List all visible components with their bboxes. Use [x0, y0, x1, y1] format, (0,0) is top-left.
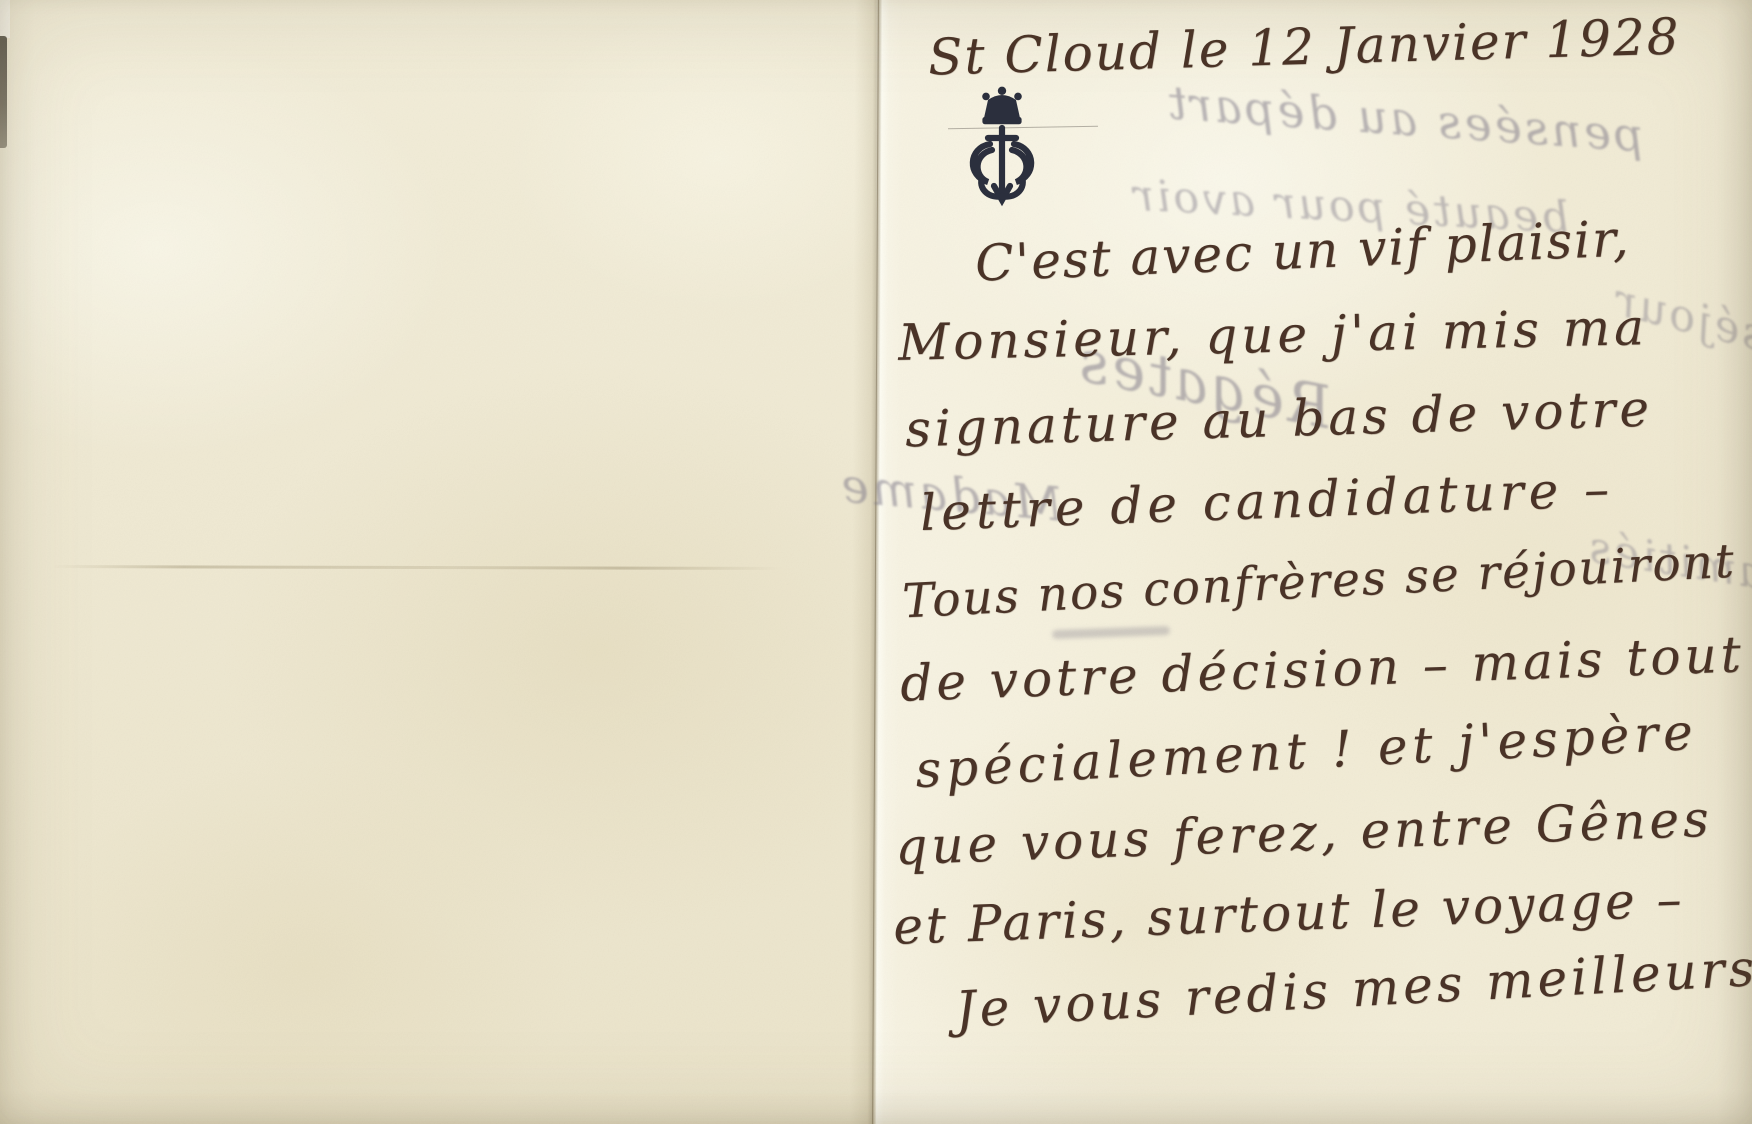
scan-edge-sliver — [0, 0, 10, 38]
scan-edge-notch — [0, 36, 7, 148]
crowned-monogram-icon — [958, 84, 1046, 212]
letter-left-page — [0, 0, 876, 1124]
letter-scan: pensées au départ beauté pour avoir Réga… — [0, 0, 1752, 1124]
